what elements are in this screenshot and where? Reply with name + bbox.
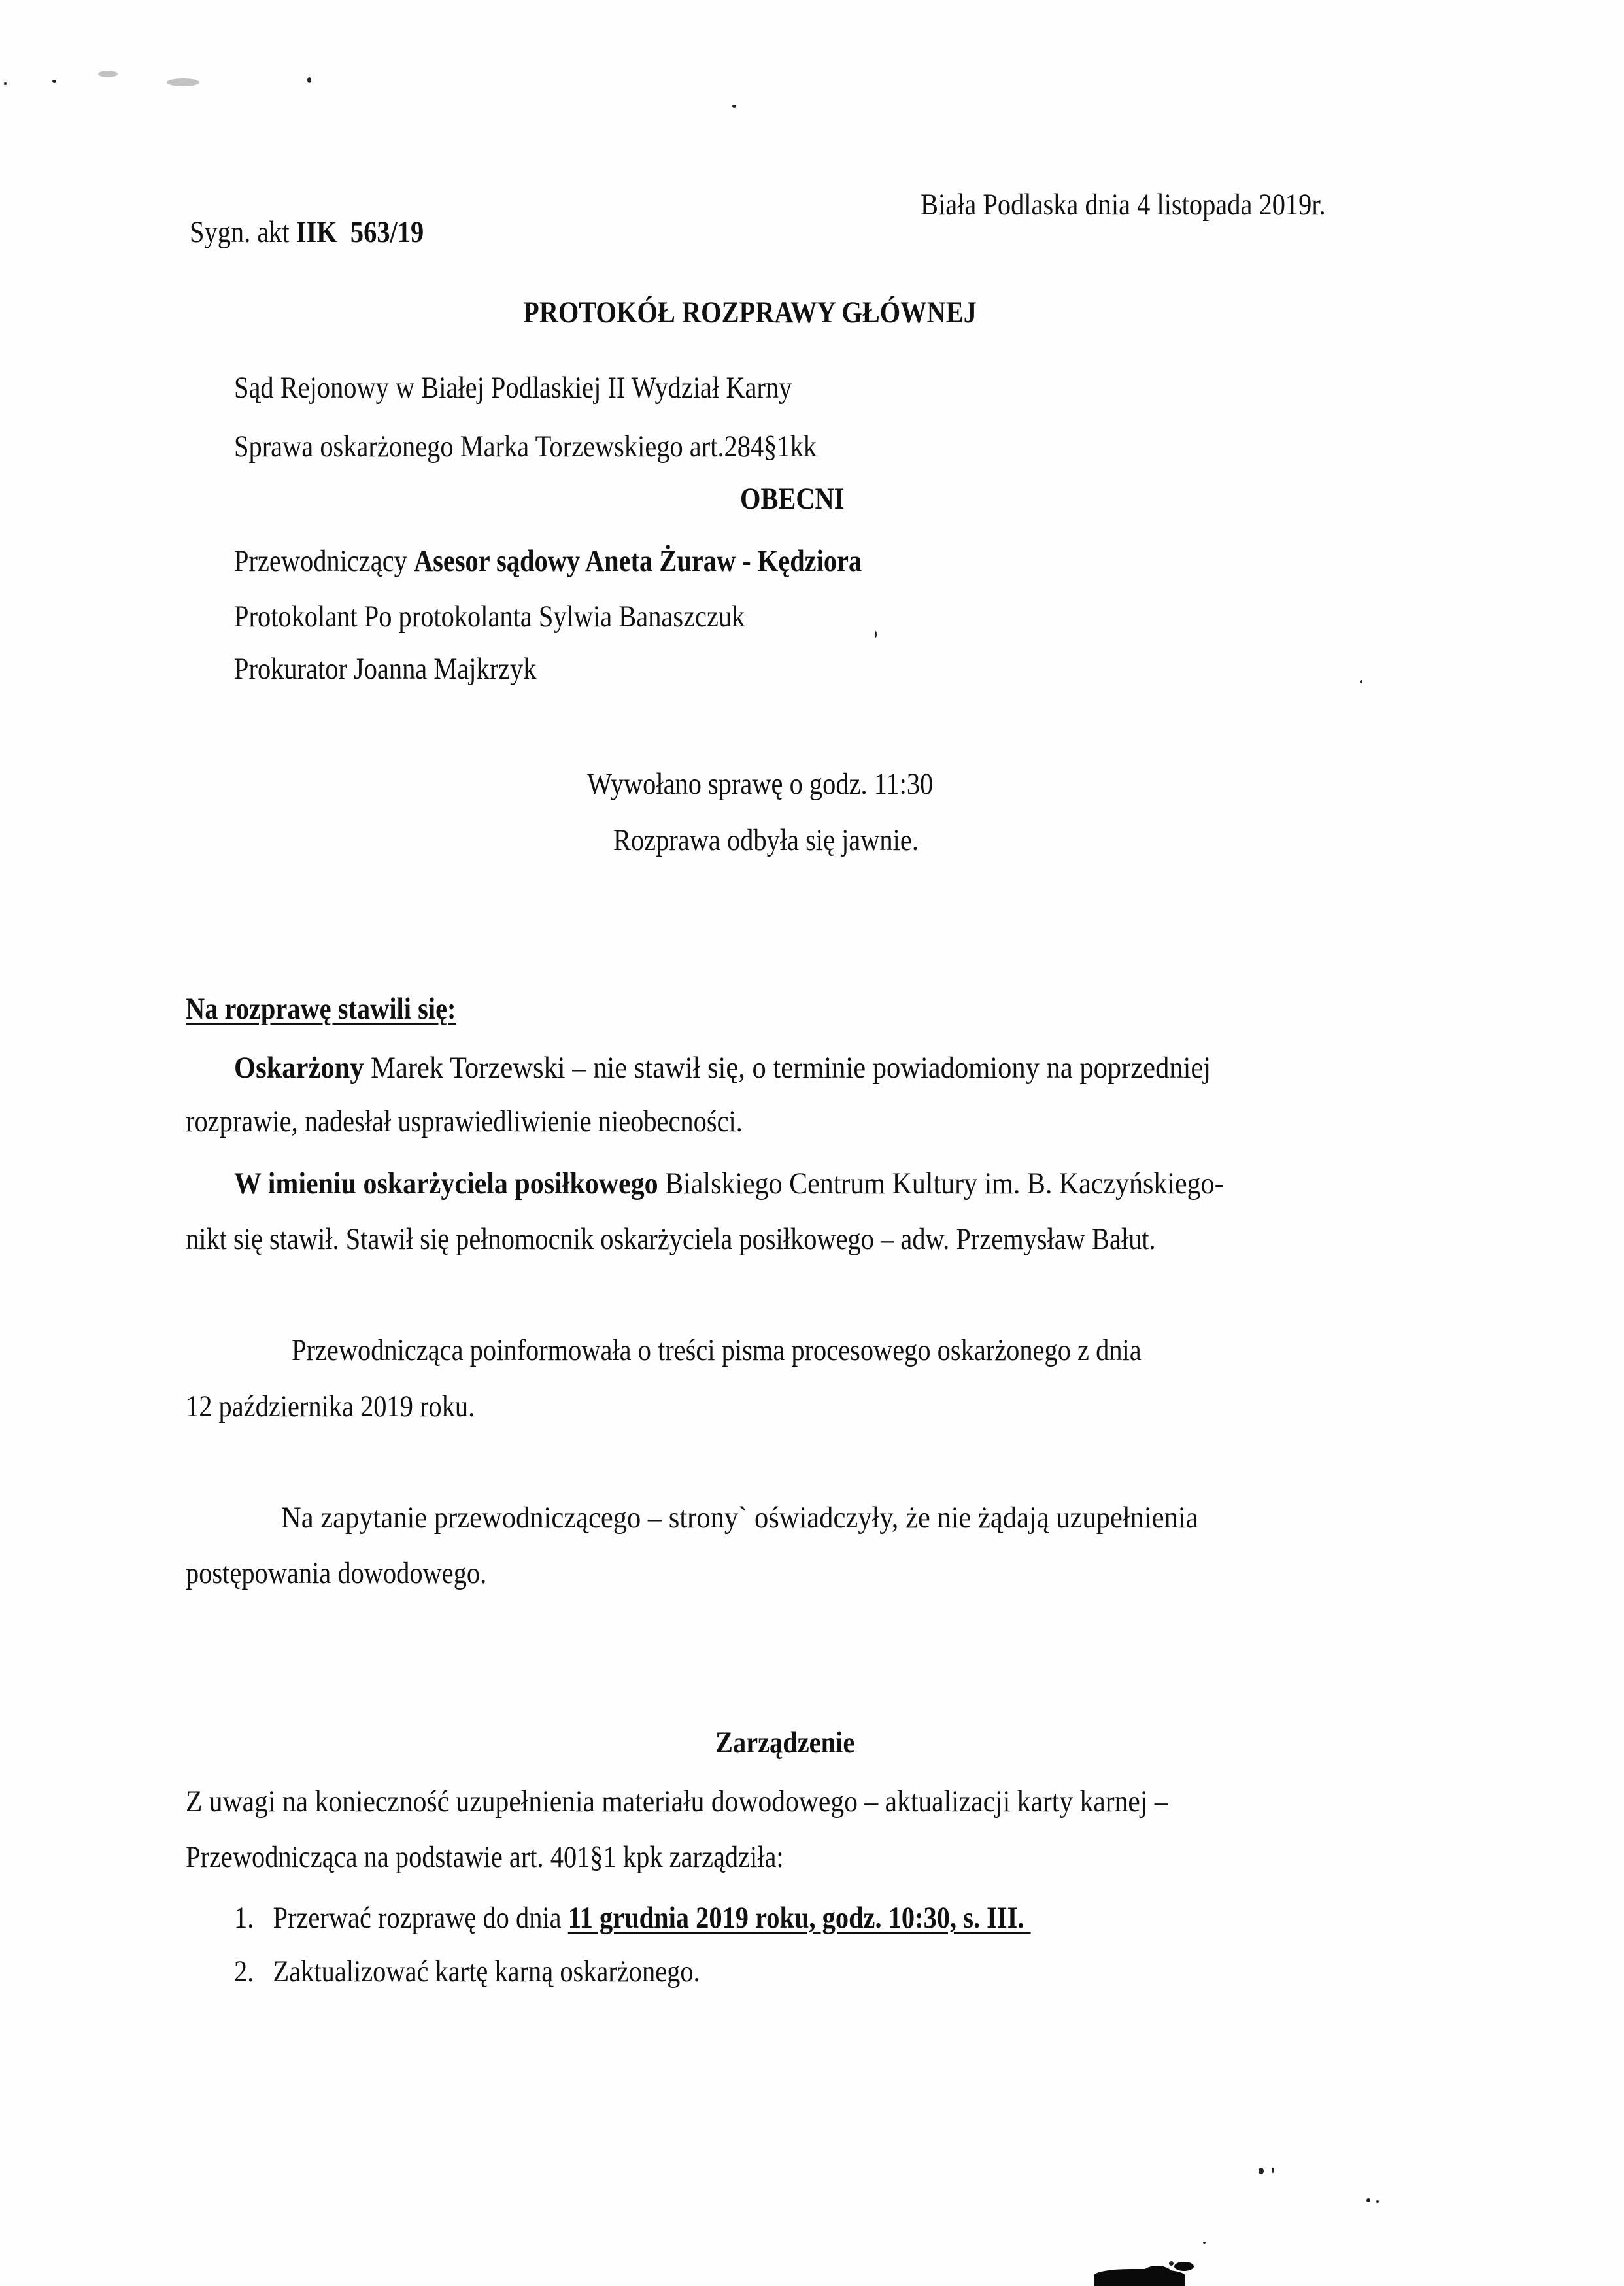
place-and-date: Biała Podlaska dnia 4 listopada 2019r.: [921, 190, 1326, 220]
order-intro-line-1: Z uwagi na konieczność uzupełnienia mate…: [186, 1786, 1168, 1817]
order-item-2-number: 2.: [234, 1954, 254, 1988]
case-called-time: Wywołano sprawę o godz. 11:30: [587, 769, 933, 800]
order-item-1-emphasis: 11 grudnia 2019 roku, godz. 10:30, s. II…: [568, 1901, 1024, 1935]
ink-blot: [1174, 2262, 1194, 2271]
document-title: PROTOKÓŁ ROZPRAWY GŁÓWNEJ: [523, 298, 977, 328]
presiding-label: Przewodniczący: [234, 544, 414, 578]
court-clerk: Protokolant Po protokolanta Sylwia Banas…: [234, 602, 745, 632]
present-heading: OBECNI: [740, 484, 844, 515]
defendant-label: Oskarżony: [234, 1051, 364, 1085]
scan-speck: [732, 105, 736, 108]
court-name: Sąd Rejonowy w Białej Podlaskiej II Wydz…: [234, 373, 792, 403]
order-heading: Zarządzenie: [715, 1728, 854, 1758]
scan-speck: [1272, 2168, 1274, 2173]
scan-smear: [98, 71, 118, 77]
order-item-1-text: Przerwać rozprawę do dnia: [273, 1901, 568, 1935]
informed-line-1: Przewodnicząca poinformowała o treści pi…: [292, 1335, 1142, 1366]
order-item-2-text: Zaktualizować kartę karną oskarżonego.: [273, 1954, 700, 1988]
scan-speck: [875, 631, 877, 638]
scan-speck: [4, 82, 7, 85]
case-subject: Sprawa oskarżonego Marka Torzewskiego ar…: [234, 432, 817, 462]
case-reference-label: Sygn. akt: [190, 215, 296, 249]
order-intro-line-2: Przewodnicząca na podstawie art. 401§1 k…: [186, 1842, 784, 1873]
scan-speck: [307, 77, 311, 83]
inquiry-line-1: Na zapytanie przewodniczącego – strony` …: [281, 1503, 1198, 1533]
scan-speck: [1376, 2200, 1379, 2203]
public-hearing-note: Rozprawa odbyła się jawnie.: [613, 825, 919, 856]
prosecutor: Prokurator Joanna Majkrzyk: [234, 654, 536, 685]
scan-smear: [167, 78, 199, 86]
scanned-document-page: Biała Podlaska dnia 4 listopada 2019r. S…: [0, 0, 1624, 2286]
case-reference: Sygn. akt IIK 563/19: [190, 217, 424, 248]
scan-speck: [1203, 2242, 1206, 2244]
defendant-line-1: Oskarżony Marek Torzewski – nie stawił s…: [234, 1053, 1211, 1083]
ink-blot: [1141, 2266, 1174, 2286]
auxiliary-prosecutor-line-2: nikt się stawił. Stawił się pełnomocnik …: [186, 1224, 1156, 1255]
order-item-2: 2.Zaktualizować kartę karną oskarżonego.: [234, 1956, 700, 1987]
defendant-line-2: rozprawie, nadesłał usprawiedliwienie ni…: [186, 1106, 743, 1137]
appeared-heading: Na rozprawę stawili się:: [186, 994, 456, 1025]
presiding-name: Asesor sądowy Aneta Żuraw - Kędziora: [414, 544, 862, 578]
scan-speck: [1169, 2261, 1174, 2266]
case-reference-number: IIK 563/19: [296, 215, 424, 249]
scan-speck: [1366, 2198, 1370, 2202]
informed-line-2: 12 października 2019 roku.: [186, 1391, 475, 1422]
order-item-1: 1.Przerwać rozprawę do dnia 11 grudnia 2…: [234, 1903, 1038, 1934]
inquiry-line-2: postępowania dowodowego.: [186, 1558, 486, 1589]
scan-speck: [1259, 2168, 1264, 2174]
auxiliary-prosecutor-label: W imieniu oskarżyciela posiłkowego: [234, 1167, 658, 1201]
auxiliary-prosecutor-text: Bialskiego Centrum Kultury im. B. Kaczyń…: [658, 1167, 1224, 1201]
defendant-text: Marek Torzewski – nie stawił się, o term…: [364, 1051, 1211, 1085]
order-item-1-number: 1.: [234, 1901, 254, 1935]
scan-speck: [52, 80, 56, 83]
presiding-judge: Przewodniczący Asesor sądowy Aneta Żuraw…: [234, 546, 862, 577]
scan-speck: [1360, 680, 1362, 683]
auxiliary-prosecutor-line-1: W imieniu oskarżyciela posiłkowego Bials…: [234, 1169, 1224, 1199]
